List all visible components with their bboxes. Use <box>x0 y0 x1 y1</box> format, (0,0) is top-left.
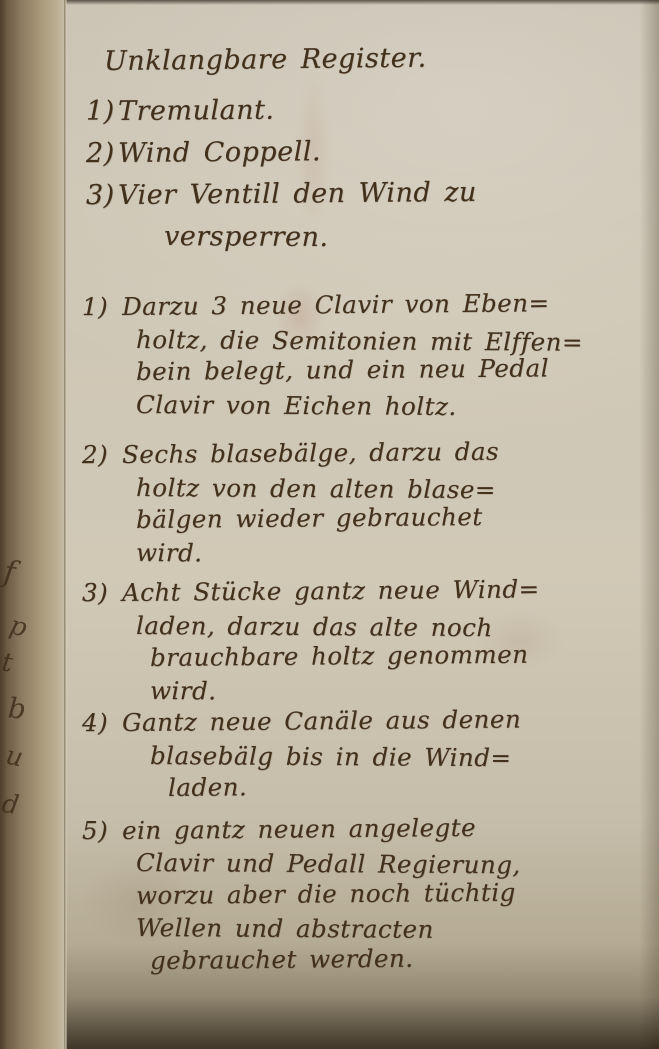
page-title: Unklangbare Register. <box>104 40 651 77</box>
text-line: bälgen wieder gebrauchet <box>136 500 651 537</box>
text-line: wird. <box>136 537 651 573</box>
item-number: 2) <box>86 133 115 174</box>
text-line: Acht Stücke gantz neue Wind= <box>122 572 651 609</box>
page-content: Unklangbare Register. 1) Tremulant. 2) W… <box>70 0 651 977</box>
text-line: Tremulant. <box>118 86 651 132</box>
text-line: versperren. <box>164 216 651 260</box>
item-number: 4) <box>82 707 108 740</box>
work-item: 2) Sechs blasebälge, darzu das holtz von… <box>70 439 651 569</box>
register-item: 1) Tremulant. <box>70 91 651 132</box>
item-number: 1) <box>82 291 108 324</box>
work-list: 1) Darzu 3 neue Clavir von Eben= holtz, … <box>70 291 651 977</box>
text-line: Vier Ventill den Wind zu <box>118 170 651 216</box>
work-item: 5) ein gantz neuen angelegte Clavir und … <box>70 815 651 978</box>
text-line: laden. <box>168 768 651 805</box>
item-number: 5) <box>82 815 108 848</box>
manuscript-photo: f p t b u d Unklangbare Register. 1) Tre… <box>0 0 659 1049</box>
register-item: 2) Wind Coppell. <box>70 133 651 174</box>
margin-fragment: p <box>7 610 30 643</box>
text-line: brauchbare holtz genommen <box>150 638 651 675</box>
margin-fragment: f <box>2 554 18 590</box>
item-number: 1) <box>86 91 115 132</box>
text-line: Wind Coppell. <box>118 128 651 174</box>
work-item: 4) Gantz neue Canäle aus denen blasebälg… <box>70 707 651 805</box>
item-number: 3) <box>86 175 115 216</box>
margin-fragment: u <box>3 741 26 774</box>
text-line: Sechs blasebälge, darzu das <box>122 434 651 471</box>
item-number: 2) <box>82 439 108 472</box>
margin-fragment: t <box>0 647 14 678</box>
page-fold-crease <box>64 0 67 1049</box>
item-number: 3) <box>82 577 108 610</box>
work-item: 3) Acht Stücke gantz neue Wind= laden, d… <box>70 577 651 707</box>
work-item: 1) Darzu 3 neue Clavir von Eben= holtz, … <box>70 291 651 421</box>
margin-fragment: d <box>0 789 21 821</box>
margin-fragment: b <box>7 691 27 725</box>
text-line: Darzu 3 neue Clavir von Eben= <box>122 286 651 323</box>
register-list: 1) Tremulant. 2) Wind Coppell. 3) Vier V… <box>70 91 651 257</box>
text-line: Gantz neue Canäle aus denen <box>122 702 651 739</box>
text-line: bein belegt, und ein neu Pedal <box>136 352 651 389</box>
text-line: ein gantz neuen angelegte <box>122 810 651 847</box>
binding-edge: f p t b u d <box>0 0 66 1049</box>
text-line: worzu aber die noch tüchtig <box>136 875 651 912</box>
text-line: gebrauchet werden. <box>150 940 651 977</box>
text-line: Clavir von Eichen holtz. <box>136 389 651 425</box>
register-item: 3) Vier Ventill den Wind zu versperren. <box>70 175 651 257</box>
